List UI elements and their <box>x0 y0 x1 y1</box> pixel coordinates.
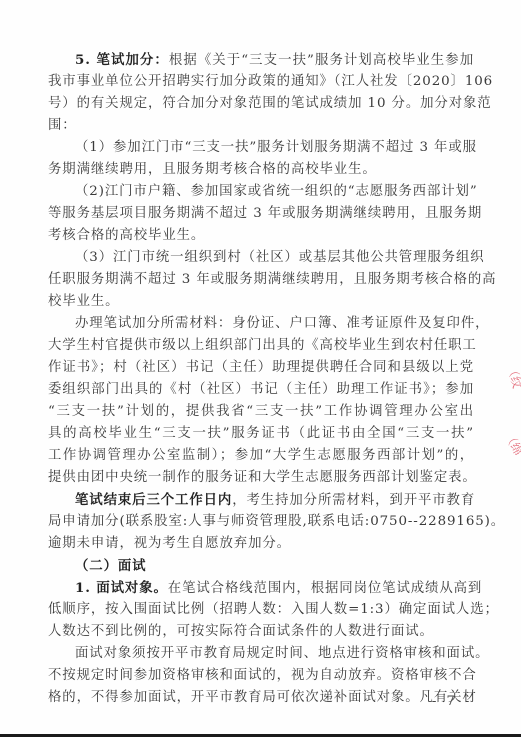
line-text: 考核合格的高校毕业生。 <box>48 228 205 243</box>
text-line: “三支一扶”计划的，提供我省“三支一扶”工作协调管理办公室出 <box>48 401 474 423</box>
line-text: 任职服务期满不超过 3 年或服务期满继续聘用，且服务期考核合格的高 <box>48 272 496 287</box>
line-text: 局申请加分(联系股室:人事与师资管理股,联系电话:0750--2289165)。 <box>48 514 505 529</box>
text-line: 人数达不到比例的，可按实际符合面试条件的人数进行面试。 <box>48 621 474 643</box>
line-text: 校毕业生。 <box>48 294 119 309</box>
text-line: 具的高校毕业生“三支一扶”服务证书（此证书由全国“三支一扶” <box>48 423 474 445</box>
text-line: 号）的有关规定，符合加分对象范围的笔试成绩加 10 分。加分对象范 <box>48 93 474 115</box>
text-line: （二）面试 <box>48 555 474 577</box>
line-text: ，考生持加分所需材料，到开平市教育 <box>232 493 475 508</box>
line-text: 面试对象须按开平市教育局规定时间、地点进行资格审核和面试。 <box>75 646 489 661</box>
line-text: 低顺序，按入围面试比例（招聘人数：入围人数=1:3）确定面试人选； <box>48 602 499 617</box>
line-text: 委组织部门出具的《村（社区）书记（主任）助理工作证书》；参加 <box>48 382 474 397</box>
bold-heading: 1. 面试对象。 <box>75 580 168 596</box>
line-text: 办理笔试加分所需材料：身份证、户口簿、准考证原件及复印件， <box>75 316 489 331</box>
text-line: 不按规定时间参加资格审核和面试的，视为自动放弃。资格审核不合 <box>48 665 474 687</box>
text-line: 我市事业单位公开招聘实行加分政策的通知》（江人社发〔2020〕106 <box>48 71 474 93</box>
document-body: 5. 笔试加分：根据《关于“三支一扶”服务计划高校毕业生参加我市事业单位公开招聘… <box>48 49 474 709</box>
line-text: “三支一扶”计划的，提供我省“三支一扶”工作协调管理办公室出 <box>48 404 474 419</box>
page-number: - 7 - <box>432 694 472 709</box>
line-text: 不按规定时间参加资格审核和面试的，视为自动放弃。资格审核不合 <box>48 668 477 683</box>
line-text: 作证书》；村（社区）书记（主任）助理提供聘任合同和县级以上党 <box>48 360 474 375</box>
text-line: 作证书》；村（社区）书记（主任）助理提供聘任合同和县级以上党 <box>48 357 474 379</box>
text-line: （2)江门市户籍、参加国家或省统一组织的“志愿服务西部计划” <box>48 181 474 203</box>
line-text: 提供由团中央统一制作的服务证和大学生志愿服务西部计划鉴定表。 <box>48 470 477 485</box>
text-line: 面试对象须按开平市教育局规定时间、地点进行资格审核和面试。 <box>48 643 474 665</box>
line-text: 工作协调管理办公室监制）；参加“大学生志愿服务西部计划”的， <box>48 448 474 463</box>
bold-heading: （二）面试 <box>75 558 146 574</box>
line-text: （3）江门市统一组织到村（社区）或基层其他公共管理服务组织 <box>75 250 485 265</box>
document-page: 5. 笔试加分：根据《关于“三支一扶”服务计划高校毕业生参加我市事业单位公开招聘… <box>0 0 521 734</box>
text-line: 等服务基层项目服务期满不超过 3 年或服务期满继续聘用，且服务期 <box>48 203 474 225</box>
text-line: 1. 面试对象。在笔试合格线范围内，根据同岗位笔试成绩从高到 <box>48 577 474 599</box>
line-text: 根据《关于“三支一扶”服务计划高校毕业生参加 <box>169 53 474 68</box>
text-line: 格的，不得参加面试，开平市教育局可依次递补面试对象。凡有关材 <box>48 687 474 709</box>
line-text: 务期满继续聘用，且服务期考核合格的高校毕业生。 <box>48 162 377 177</box>
line-text: 在笔试合格线范围内，根据同岗位笔试成绩从高到 <box>168 581 482 596</box>
text-line: 工作协调管理办公室监制）；参加“大学生志愿服务西部计划”的， <box>48 445 474 467</box>
text-line: 提供由团中央统一制作的服务证和大学生志愿服务西部计划鉴定表。 <box>48 467 474 489</box>
text-line: 低顺序，按入围面试比例（招聘人数：入围人数=1:3）确定面试人选； <box>48 599 474 621</box>
line-text: 大学生村官提供市级以上组织部门出具的《高校毕业生到农村任职工 <box>48 338 477 353</box>
text-line: 逾期未申请，视为考生自愿放弃加分。 <box>48 533 474 555</box>
red-seal-fragment: （绵 <box>501 429 521 458</box>
line-text: 号）的有关规定，符合加分对象范围的笔试成绩加 10 分。加分对象范 <box>48 96 492 111</box>
text-line: （1）参加江门市“三支一扶”服务计划服务期满不超过 3 年或服 <box>48 137 474 159</box>
text-line: 大学生村官提供市级以上组织部门出具的《高校毕业生到农村任职工 <box>48 335 474 357</box>
red-seal-fragment: （纹 <box>504 363 521 391</box>
line-text: （1）参加江门市“三支一扶”服务计划服务期满不超过 3 年或服 <box>75 140 477 155</box>
text-line: 办理笔试加分所需材料：身份证、户口簿、准考证原件及复印件， <box>48 313 474 335</box>
line-text: 等服务基层项目服务期满不超过 3 年或服务期满继续聘用，且服务期 <box>48 206 482 221</box>
text-line: 校毕业生。 <box>48 291 474 313</box>
text-line: 务期满继续聘用，且服务期考核合格的高校毕业生。 <box>48 159 474 181</box>
text-line: 任职服务期满不超过 3 年或服务期满继续聘用，且服务期考核合格的高 <box>48 269 474 291</box>
text-line: 局申请加分(联系股室:人事与师资管理股,联系电话:0750--2289165)。 <box>48 511 474 533</box>
text-line: 笔试结束后三个工作日内，考生持加分所需材料，到开平市教育 <box>48 489 474 511</box>
text-line: 围： <box>48 115 474 137</box>
bold-heading: 笔试结束后三个工作日内 <box>75 492 232 508</box>
line-text: 我市事业单位公开招聘实行加分政策的通知》（江人社发〔2020〕106 <box>48 74 493 89</box>
bold-heading: 5. 笔试加分： <box>75 52 169 68</box>
text-line: 5. 笔试加分：根据《关于“三支一扶”服务计划高校毕业生参加 <box>48 49 474 71</box>
line-text: 逾期未申请，视为考生自愿放弃加分。 <box>48 536 291 551</box>
text-line: 委组织部门出具的《村（社区）书记（主任）助理工作证书》；参加 <box>48 379 474 401</box>
line-text: 格的，不得参加面试，开平市教育局可依次递补面试对象。凡有关材 <box>48 690 477 705</box>
line-text: （2)江门市户籍、参加国家或省统一组织的“志愿服务西部计划” <box>75 184 478 199</box>
text-line: （3）江门市统一组织到村（社区）或基层其他公共管理服务组织 <box>48 247 474 269</box>
line-text: 人数达不到比例的，可按实际符合面试条件的人数进行面试。 <box>48 624 434 639</box>
line-text: 围： <box>48 118 77 133</box>
text-line: 考核合格的高校毕业生。 <box>48 225 474 247</box>
line-text: 具的高校毕业生“三支一扶”服务证书（此证书由全国“三支一扶” <box>48 426 474 441</box>
